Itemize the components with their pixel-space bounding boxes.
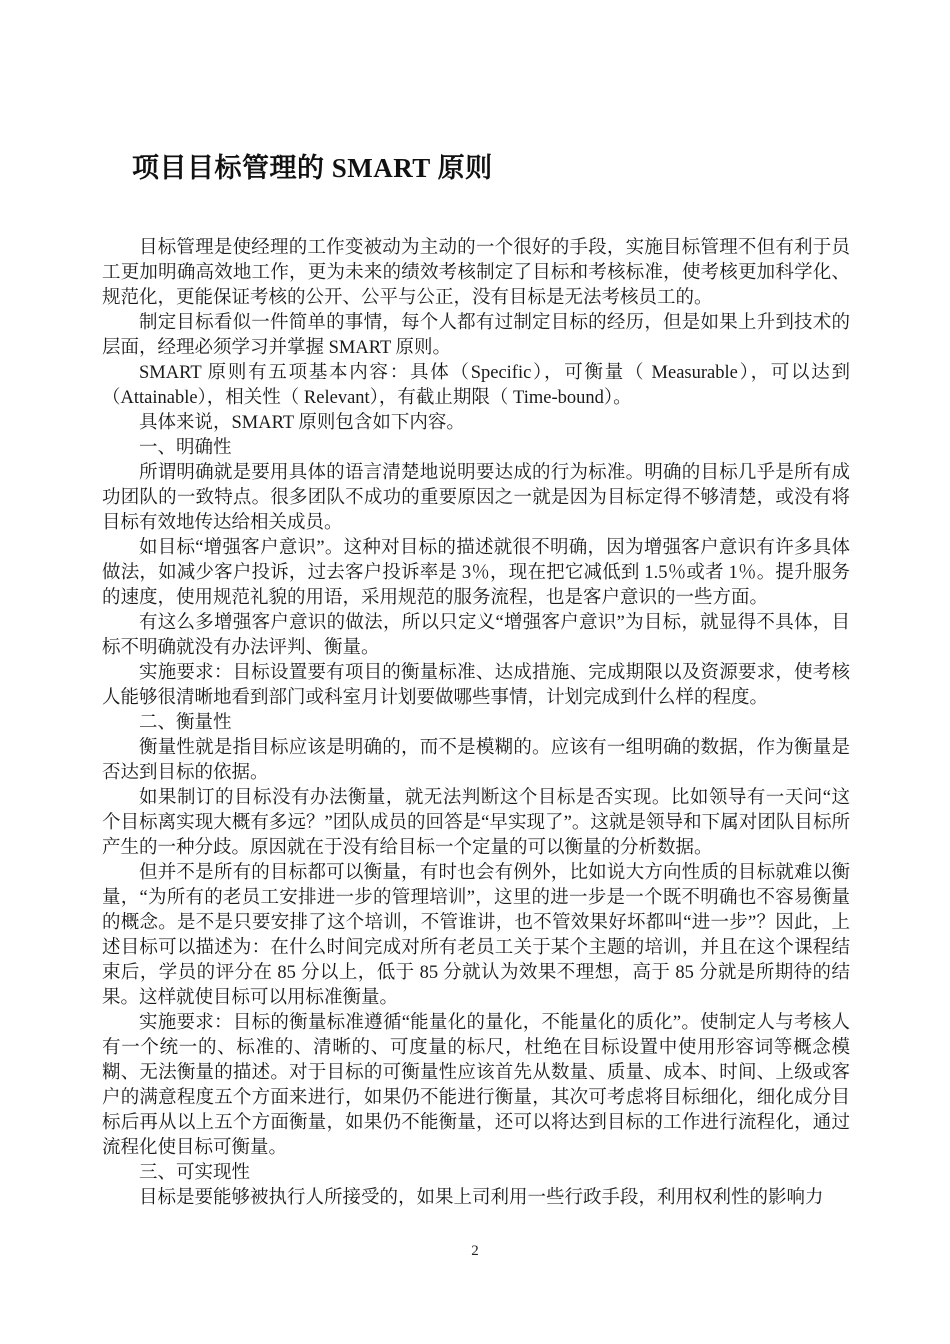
body-paragraph: 有这么多增强客户意识的做法，所以只定义“增强客户意识”为目标，就显得不具体，目标… bbox=[102, 611, 850, 661]
body-paragraph: 如目标“增强客户意识”。这种对目标的描述就很不明确，因为增强客户意识有许多具体做… bbox=[102, 536, 850, 611]
page-number: 2 bbox=[471, 1243, 479, 1259]
section-heading: 一、明确性 bbox=[102, 436, 850, 461]
body-paragraph: 所谓明确就是要用具体的语言清楚地说明要达成的行为标准。明确的目标几乎是所有成功团… bbox=[102, 461, 850, 536]
body-paragraph: 制定目标看似一件简单的事情，每个人都有过制定目标的经历，但是如果上升到技术的层面… bbox=[102, 311, 850, 361]
body-paragraph: 目标管理是使经理的工作变被动为主动的一个很好的手段，实施目标管理不但有利于员工更… bbox=[102, 236, 850, 311]
body-paragraph: SMART 原则有五项基本内容：具体（Specific），可衡量（ Measur… bbox=[102, 361, 850, 411]
body-paragraph: 实施要求：目标设置要有项目的衡量标准、达成措施、完成期限以及资源要求，使考核人能… bbox=[102, 661, 850, 711]
body-paragraph: 如果制订的目标没有办法衡量，就无法判断这个目标是否实现。比如领导有一天问“这个目… bbox=[102, 786, 850, 861]
section-heading: 三、可实现性 bbox=[102, 1161, 850, 1186]
body-paragraph: 衡量性就是指目标应该是明确的，而不是模糊的。应该有一组明确的数据，作为衡量是否达… bbox=[102, 736, 850, 786]
body-paragraph: 具体来说，SMART 原则包含如下内容。 bbox=[102, 411, 850, 436]
body-paragraph: 目标是要能够被执行人所接受的，如果上司利用一些行政手段，利用权利性的影响力 bbox=[102, 1186, 850, 1211]
document-page: 项目目标管理的 SMART 原则 目标管理是使经理的工作变被动为主动的一个很好的… bbox=[0, 0, 950, 1344]
body-paragraph: 但并不是所有的目标都可以衡量，有时也会有例外，比如说大方向性质的目标就难以衡量，… bbox=[102, 861, 850, 1011]
document-body: 目标管理是使经理的工作变被动为主动的一个很好的手段，实施目标管理不但有利于员工更… bbox=[102, 236, 850, 1211]
body-paragraph: 实施要求：目标的衡量标准遵循“能量化的量化，不能量化的质化”。使制定人与考核人有… bbox=[102, 1011, 850, 1161]
page-footer: 2 bbox=[0, 1242, 950, 1260]
section-heading: 二、衡量性 bbox=[102, 711, 850, 736]
document-title: 项目目标管理的 SMART 原则 bbox=[132, 146, 493, 185]
